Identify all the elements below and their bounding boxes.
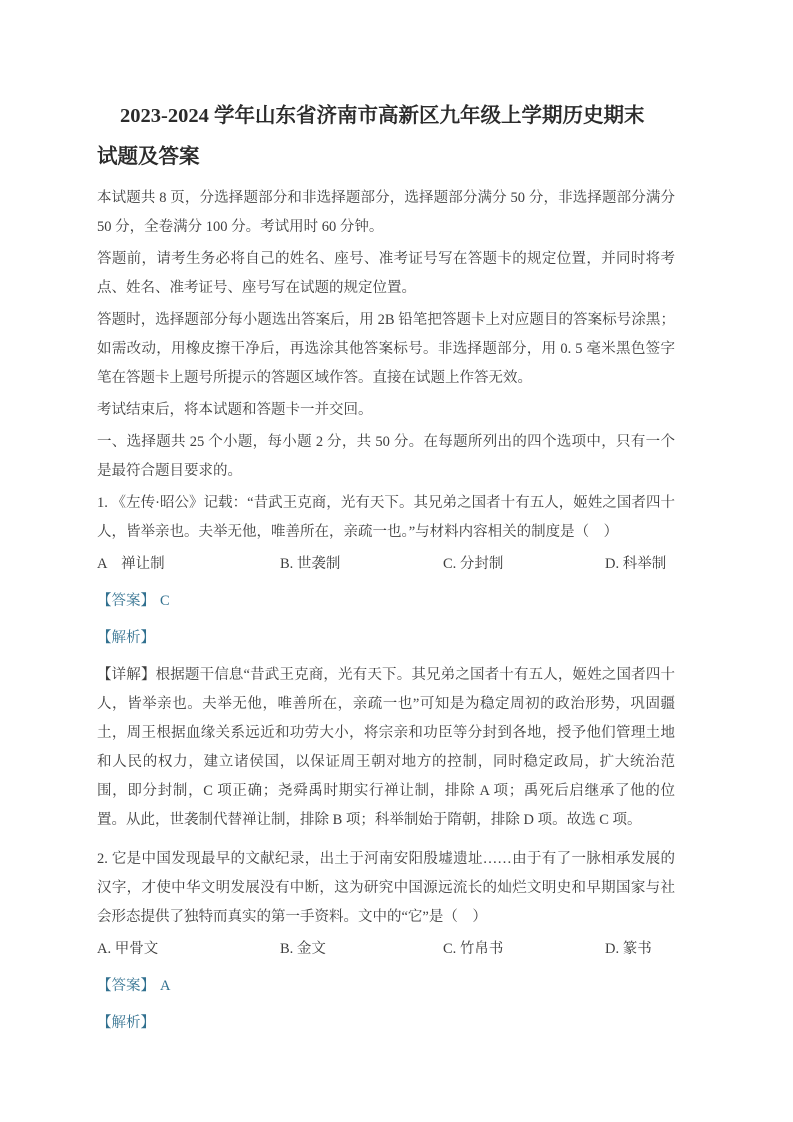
question-1-answer-line: 【答案】C <box>97 587 675 616</box>
question-1-option-a: A 禅让制 <box>97 550 280 579</box>
instruction-paper-structure: 本试题共 8 页，分选择题部分和非选择题部分，选择题部分满分 50 分，非选择题… <box>97 184 675 242</box>
question-2: 2. 它是中国发现最早的文献纪录，出土于河南安阳殷墟遗址……由于有了一脉相承发展… <box>97 845 675 1038</box>
question-1-answer-letter: C <box>160 593 170 609</box>
instruction-answering-method: 答题时，选择题部分每小题选出答案后，用 2B 铅笔把答题卡上对应题目的答案标号涂… <box>97 306 675 393</box>
title-line-1: 2023-2024 学年山东省济南市高新区九年级上学期历史期末 <box>97 96 675 137</box>
question-2-option-c: C. 竹帛书 <box>443 935 605 964</box>
instruction-before-answering: 答题前，请考生务必将自己的姓名、座号、准考证号写在答题卡的规定位置，并同时将考点… <box>97 245 675 303</box>
question-1-stem: 1. 《左传·昭公》记载：“昔武王克商，光有天下。其兄弟之国者十有五人，姬姓之国… <box>97 489 675 547</box>
question-2-stem: 2. 它是中国发现最早的文献纪录，出土于河南安阳殷墟遗址……由于有了一脉相承发展… <box>97 845 675 932</box>
exam-document-page: 2023-2024 学年山东省济南市高新区九年级上学期历史期末 试题及答案 本试… <box>0 0 793 1122</box>
question-1: 1. 《左传·昭公》记载：“昔武王克商，光有天下。其兄弟之国者十有五人，姬姓之国… <box>97 489 675 835</box>
answer-label: 【答案】 <box>97 593 155 609</box>
page-title: 2023-2024 学年山东省济南市高新区九年级上学期历史期末 试题及答案 <box>97 96 675 178</box>
answer-label: 【答案】 <box>97 978 155 994</box>
question-2-answer-line: 【答案】A <box>97 972 675 1001</box>
question-1-analysis-label: 【解析】 <box>97 624 675 653</box>
question-2-option-b: B. 金文 <box>280 935 443 964</box>
question-1-options: A 禅让制 B. 世袭制 C. 分封制 D. 科举制 <box>97 550 675 579</box>
instruction-after-exam: 考试结束后，将本试题和答题卡一并交回。 <box>97 396 675 425</box>
question-2-options: A. 甲骨文 B. 金文 C. 竹帛书 D. 篆书 <box>97 935 675 964</box>
question-1-detail-explanation: 【详解】根据题干信息“昔武王克商，光有天下。其兄弟之国者十有五人，姬姓之国者四十… <box>97 661 675 835</box>
question-1-option-b: B. 世袭制 <box>280 550 443 579</box>
question-2-analysis-label: 【解析】 <box>97 1009 675 1038</box>
question-1-option-d: D. 科举制 <box>605 550 675 579</box>
question-2-answer-letter: A <box>160 978 170 994</box>
question-2-option-a: A. 甲骨文 <box>97 935 280 964</box>
section-1-header: 一、选择题共 25 个小题，每小题 2 分，共 50 分。在每题所列出的四个选项… <box>97 428 675 486</box>
title-line-2: 试题及答案 <box>97 137 675 178</box>
question-2-option-d: D. 篆书 <box>605 935 675 964</box>
question-1-option-c: C. 分封制 <box>443 550 605 579</box>
